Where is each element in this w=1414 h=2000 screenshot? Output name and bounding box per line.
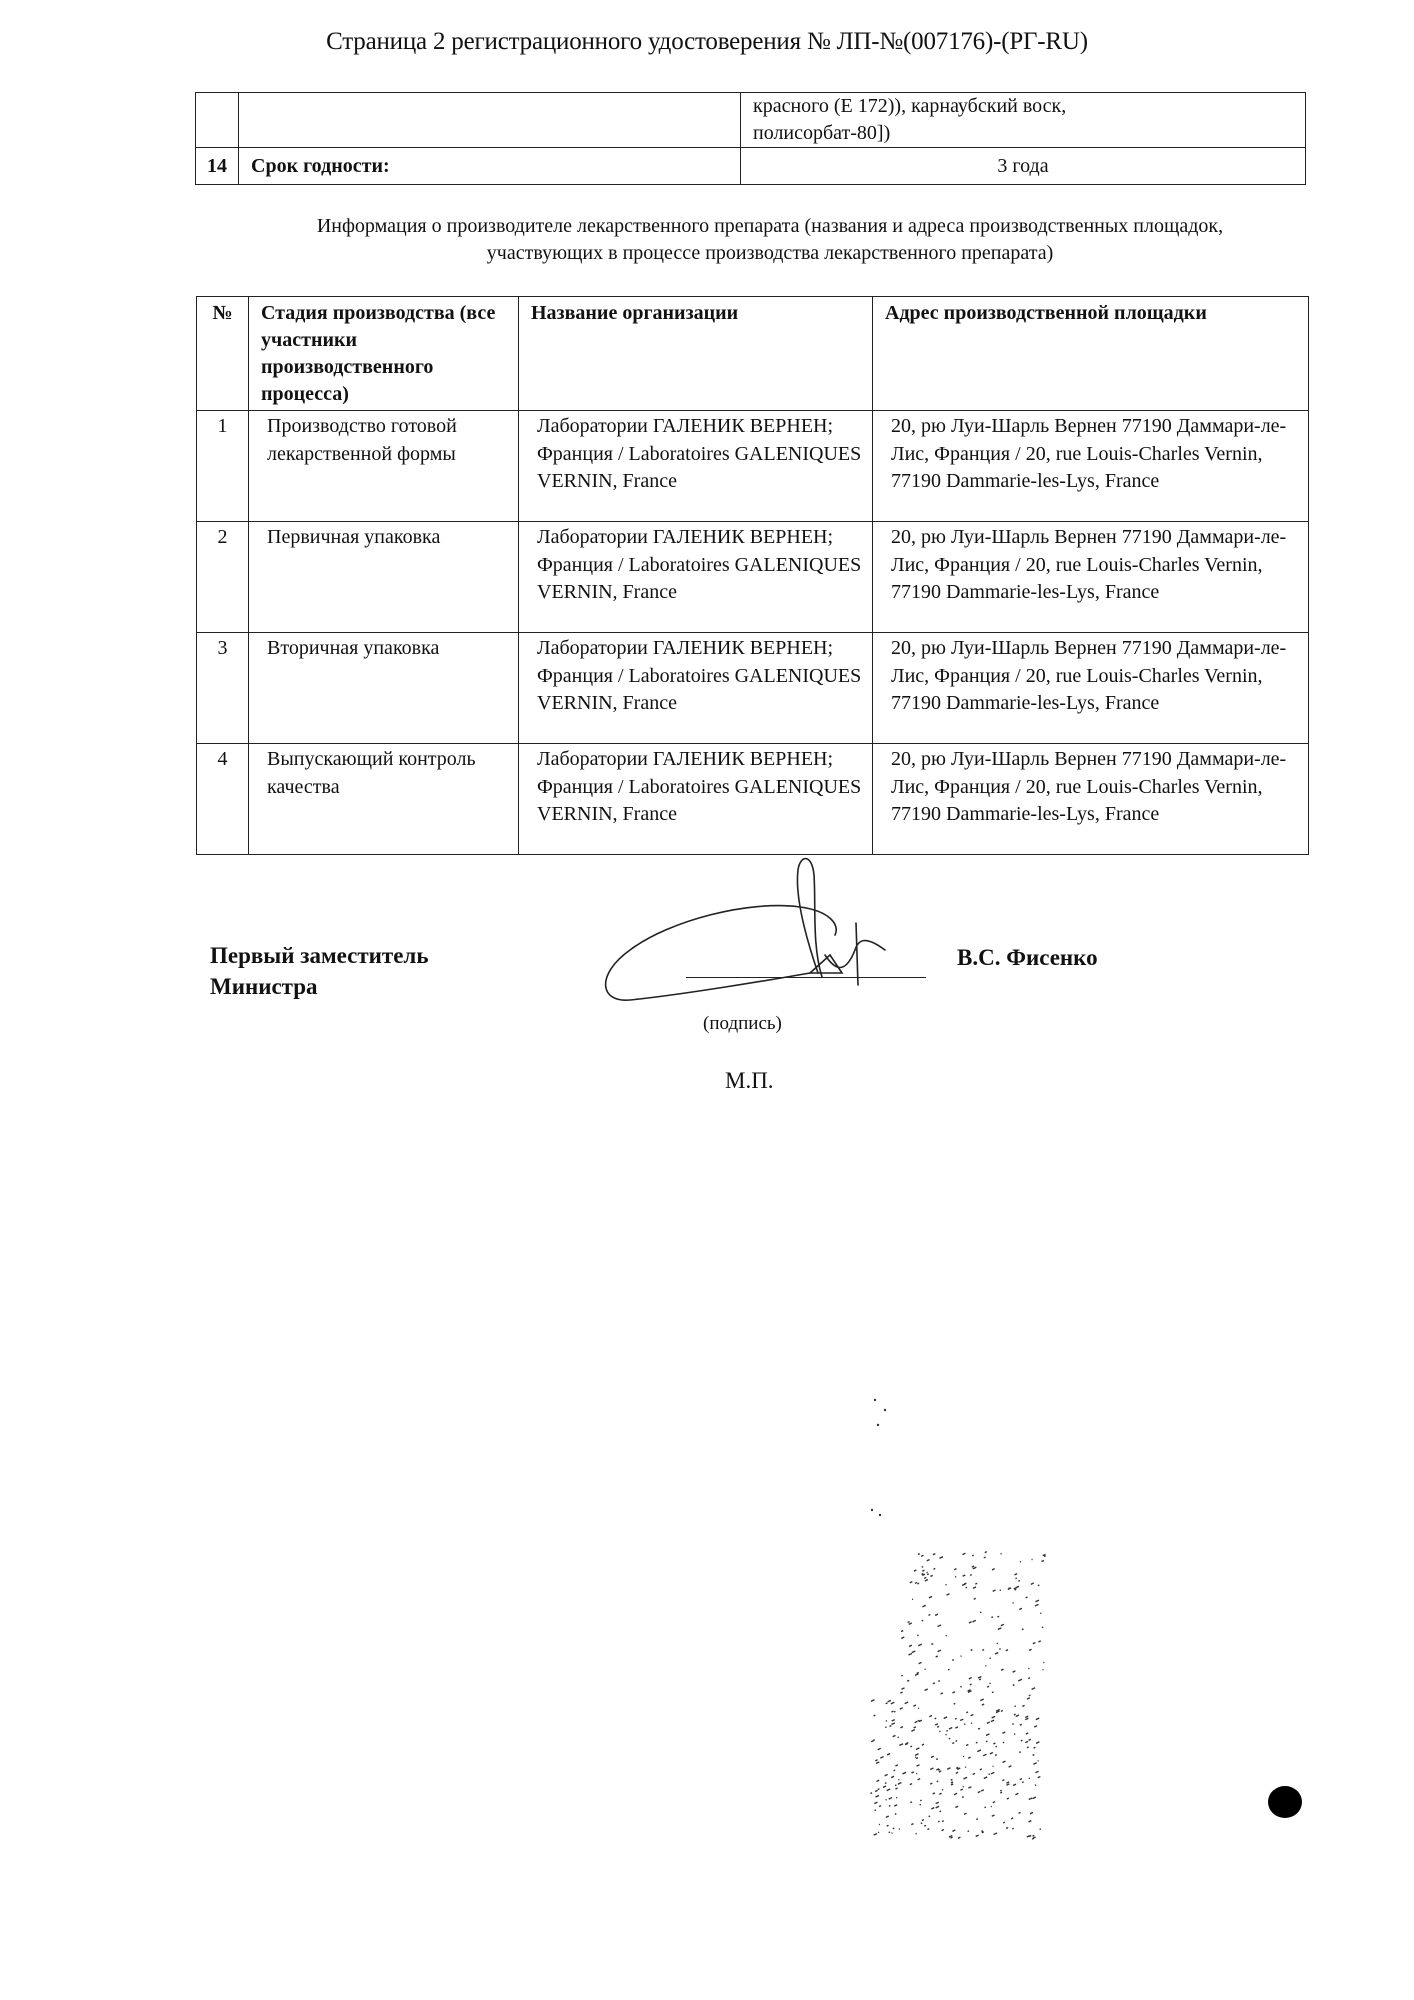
table-row: 1 Производство готовой лекарственной фор… [197, 411, 1309, 522]
cell-stage: Вторичная упаковка [249, 633, 519, 744]
signature-caption: (подпись) [703, 1013, 782, 1035]
table-row: 4 Выпускающий контроль качества Лаборато… [197, 744, 1309, 855]
table-row: 3 Вторичная упаковка Лаборатории ГАЛЕНИК… [197, 633, 1309, 744]
row-number: 14 [196, 148, 239, 185]
cell-number: 2 [197, 522, 249, 633]
signature-line [686, 977, 926, 978]
cell-number: 4 [197, 744, 249, 855]
manufacturers-table: № Стадия производства (все участники про… [196, 296, 1309, 855]
shelf-life-label: Срок годности: [239, 148, 741, 185]
punch-hole-mark [1268, 1786, 1302, 1818]
seal-mark: М.П. [725, 1068, 774, 1094]
value-line: красного (Е 172)), карнаубский воск, [753, 93, 1305, 120]
row-value: красного (Е 172)), карнаубский воск, пол… [741, 93, 1306, 148]
position-line: Первый заместитель [210, 940, 429, 971]
cell-organization: Лаборатории ГАЛЕНИК ВЕРНЕН; Франция / La… [519, 522, 873, 633]
row-number [196, 93, 239, 148]
manufacturer-info-heading: Информация о производителе лекарственног… [200, 213, 1340, 267]
cell-organization: Лаборатории ГАЛЕНИК ВЕРНЕН; Франция / La… [519, 411, 873, 522]
cell-address: 20, рю Луи-Шарль Вернен 77190 Даммари-ле… [873, 744, 1309, 855]
cell-number: 3 [197, 633, 249, 744]
cell-stage: Производство готовой лекарственной формы [249, 411, 519, 522]
table-row: 14 Срок годности: 3 года [196, 148, 1306, 185]
cell-organization: Лаборатории ГАЛЕНИК ВЕРНЕН; Франция / La… [519, 633, 873, 744]
cell-stage: Выпускающий контроль качества [249, 744, 519, 855]
handwritten-signature-icon [600, 855, 960, 1035]
cell-stage: Первичная упаковка [249, 522, 519, 633]
value-line: полисорбат-80]) [753, 120, 1305, 147]
cell-organization: Лаборатории ГАЛЕНИК ВЕРНЕН; Франция / La… [519, 744, 873, 855]
cell-address: 20, рю Луи-Шарль Вернен 77190 Даммари-ле… [873, 411, 1309, 522]
cell-number: 1 [197, 411, 249, 522]
header-stage: Стадия производства (все участники произ… [249, 297, 519, 411]
header-organization: Название организации [519, 297, 873, 411]
signatory-name: В.С. Фисенко [957, 945, 1098, 971]
stamp-residue-icon [860, 1370, 1060, 1850]
shelf-life-value: 3 года [741, 148, 1306, 185]
position-line: Министра [210, 971, 429, 1002]
table-header-row: № Стадия производства (все участники про… [197, 297, 1309, 411]
page-title: Страница 2 регистрационного удостоверени… [0, 28, 1414, 56]
cell-address: 20, рю Луи-Шарль Вернен 77190 Даммари-ле… [873, 633, 1309, 744]
heading-line: участвующих в процессе производства лека… [200, 240, 1340, 267]
header-number: № [197, 297, 249, 411]
table-row: красного (Е 172)), карнаубский воск, пол… [196, 93, 1306, 148]
heading-line: Информация о производителе лекарственног… [200, 213, 1340, 240]
header-address: Адрес производственной площадки [873, 297, 1309, 411]
signatory-position: Первый заместитель Министра [210, 940, 429, 1002]
row-label [239, 93, 741, 148]
continuation-table: красного (Е 172)), карнаубский воск, пол… [195, 92, 1306, 185]
table-row: 2 Первичная упаковка Лаборатории ГАЛЕНИК… [197, 522, 1309, 633]
cell-address: 20, рю Луи-Шарль Вернен 77190 Даммари-ле… [873, 522, 1309, 633]
